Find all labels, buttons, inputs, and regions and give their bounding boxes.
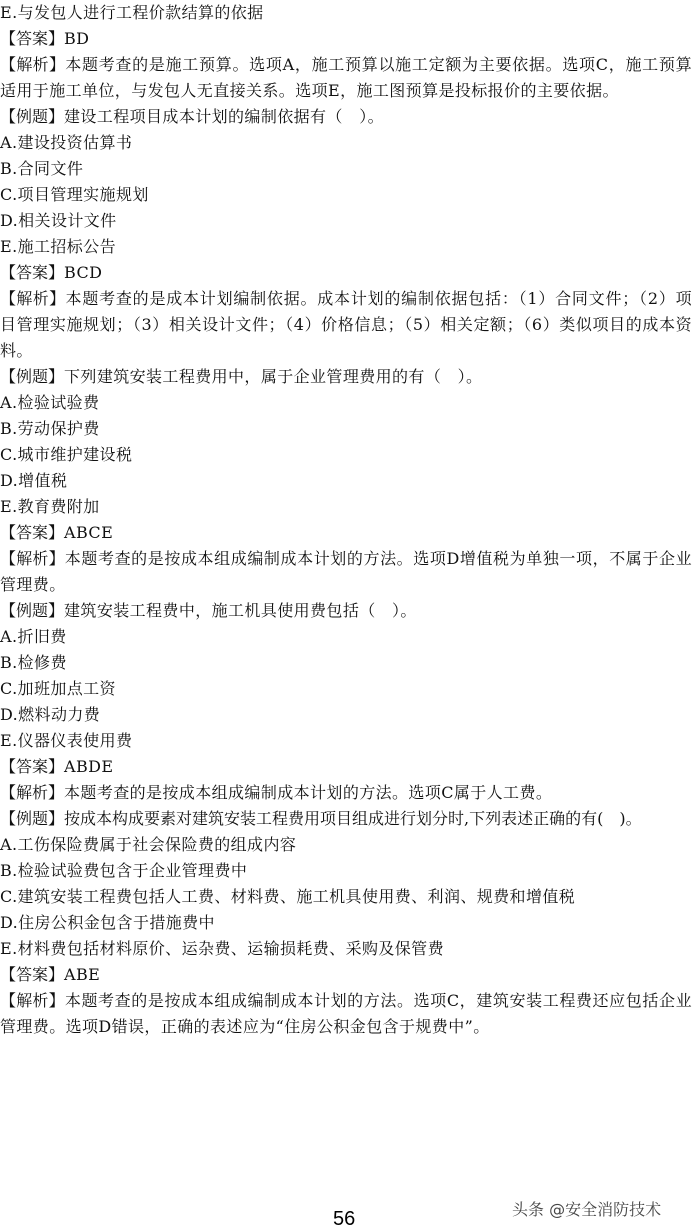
option-line: C.城市维护建设税 bbox=[0, 442, 692, 468]
option-line: E.与发包人进行工程价款结算的依据 bbox=[0, 0, 692, 26]
analysis-paragraph: 【解析】本题考查的是按成本组成编制成本计划的方法。选项C属于人工费。 bbox=[0, 780, 692, 806]
answer-line: 【答案】ABCE bbox=[0, 520, 692, 546]
answer-tag: 【答案】 bbox=[0, 29, 64, 48]
answer-tag: 【答案】 bbox=[0, 965, 64, 984]
analysis-tag: 【解析】 bbox=[0, 991, 65, 1010]
analysis-text: 本题考查的是施工预算。选项A，施工预算以施工定额为主要依据。选项C，施工预算适用… bbox=[0, 55, 692, 100]
option-line: D.住房公积金包含于措施费中 bbox=[0, 910, 692, 936]
analysis-paragraph: 【解析】本题考查的是施工预算。选项A，施工预算以施工定额为主要依据。选项C，施工… bbox=[0, 52, 692, 104]
analysis-tag: 【解析】 bbox=[0, 289, 66, 308]
answer-value: ABE bbox=[64, 965, 100, 984]
option-line: D.增值税 bbox=[0, 468, 692, 494]
question-line: 【例题】建筑安装工程费中，施工机具使用费包括（ ）。 bbox=[0, 598, 692, 624]
watermark: 头条 @安全消防技术 bbox=[512, 1197, 661, 1220]
option-line: C.项目管理实施规划 bbox=[0, 182, 692, 208]
question-text: 下列建筑安装工程费用中，属于企业管理费用的有（ ）。 bbox=[64, 367, 482, 386]
option-line: E.材料费包括材料原价、运杂费、运输损耗费、采购及保管费 bbox=[0, 936, 692, 962]
answer-value: ABCE bbox=[64, 523, 113, 542]
answer-line: 【答案】BCD bbox=[0, 260, 692, 286]
answer-line: 【答案】ABDE bbox=[0, 754, 692, 780]
option-line: E.仪器仪表使用费 bbox=[0, 728, 692, 754]
answer-value: ABDE bbox=[64, 757, 113, 776]
analysis-tag: 【解析】 bbox=[0, 549, 65, 568]
analysis-paragraph: 【解析】本题考查的是按成本组成编制成本计划的方法。选项C，建筑安装工程费还应包括… bbox=[0, 988, 692, 1040]
document-body: E.与发包人进行工程价款结算的依据 【答案】BD 【解析】本题考查的是施工预算。… bbox=[0, 0, 692, 1040]
analysis-paragraph: 【解析】本题考查的是按成本组成编制成本计划的方法。选项D增值税为单独一项，不属于… bbox=[0, 546, 692, 598]
answer-value: BCD bbox=[64, 263, 102, 282]
option-line: E.教育费附加 bbox=[0, 494, 692, 520]
answer-value: BD bbox=[64, 29, 89, 48]
option-line: B.合同文件 bbox=[0, 156, 692, 182]
question-tag: 【例题】 bbox=[0, 809, 64, 828]
option-line: C.建筑安装工程费包括人工费、材料费、施工机具使用费、利润、规费和增值税 bbox=[0, 884, 692, 910]
page-number: 56 bbox=[333, 1208, 355, 1231]
option-line: D.燃料动力费 bbox=[0, 702, 692, 728]
answer-line: 【答案】ABE bbox=[0, 962, 692, 988]
option-line: A.检验试验费 bbox=[0, 390, 692, 416]
question-text: 按成本构成要素对建筑安装工程费用项目组成进行划分时,下列表述正确的有( )。 bbox=[64, 809, 642, 828]
analysis-text: 本题考查的是按成本组成编制成本计划的方法。选项C，建筑安装工程费还应包括企业管理… bbox=[0, 991, 692, 1036]
option-line: B.劳动保护费 bbox=[0, 416, 692, 442]
option-line: E.施工招标公告 bbox=[0, 234, 692, 260]
option-line: B.检修费 bbox=[0, 650, 692, 676]
question-line: 【例题】按成本构成要素对建筑安装工程费用项目组成进行划分时,下列表述正确的有( … bbox=[0, 806, 692, 832]
option-line: A.工伤保险费属于社会保险费的组成内容 bbox=[0, 832, 692, 858]
analysis-text: 本题考查的是成本计划编制依据。成本计划的编制依据包括：（1）合同文件；（2）项目… bbox=[0, 289, 692, 360]
analysis-text: 本题考查的是按成本组成编制成本计划的方法。选项D增值税为单独一项，不属于企业管理… bbox=[0, 549, 692, 594]
question-tag: 【例题】 bbox=[0, 107, 64, 126]
question-text: 建设工程项目成本计划的编制依据有（ ）。 bbox=[64, 107, 384, 126]
answer-tag: 【答案】 bbox=[0, 523, 64, 542]
question-line: 【例题】下列建筑安装工程费用中，属于企业管理费用的有（ ）。 bbox=[0, 364, 692, 390]
option-line: A.折旧费 bbox=[0, 624, 692, 650]
question-line: 【例题】建设工程项目成本计划的编制依据有（ ）。 bbox=[0, 104, 692, 130]
option-line: A.建设投资估算书 bbox=[0, 130, 692, 156]
option-line: C.加班加点工资 bbox=[0, 676, 692, 702]
question-tag: 【例题】 bbox=[0, 367, 64, 386]
analysis-tag: 【解析】 bbox=[0, 55, 65, 74]
analysis-paragraph: 【解析】本题考查的是成本计划编制依据。成本计划的编制依据包括：（1）合同文件；（… bbox=[0, 286, 692, 364]
option-line: D.相关设计文件 bbox=[0, 208, 692, 234]
option-line: B.检验试验费包含于企业管理费中 bbox=[0, 858, 692, 884]
analysis-text: 本题考查的是按成本组成编制成本计划的方法。选项C属于人工费。 bbox=[64, 783, 552, 802]
answer-tag: 【答案】 bbox=[0, 757, 64, 776]
answer-line: 【答案】BD bbox=[0, 26, 692, 52]
question-tag: 【例题】 bbox=[0, 601, 64, 620]
answer-tag: 【答案】 bbox=[0, 263, 64, 282]
analysis-tag: 【解析】 bbox=[0, 783, 64, 802]
question-text: 建筑安装工程费中，施工机具使用费包括（ ）。 bbox=[64, 601, 417, 620]
